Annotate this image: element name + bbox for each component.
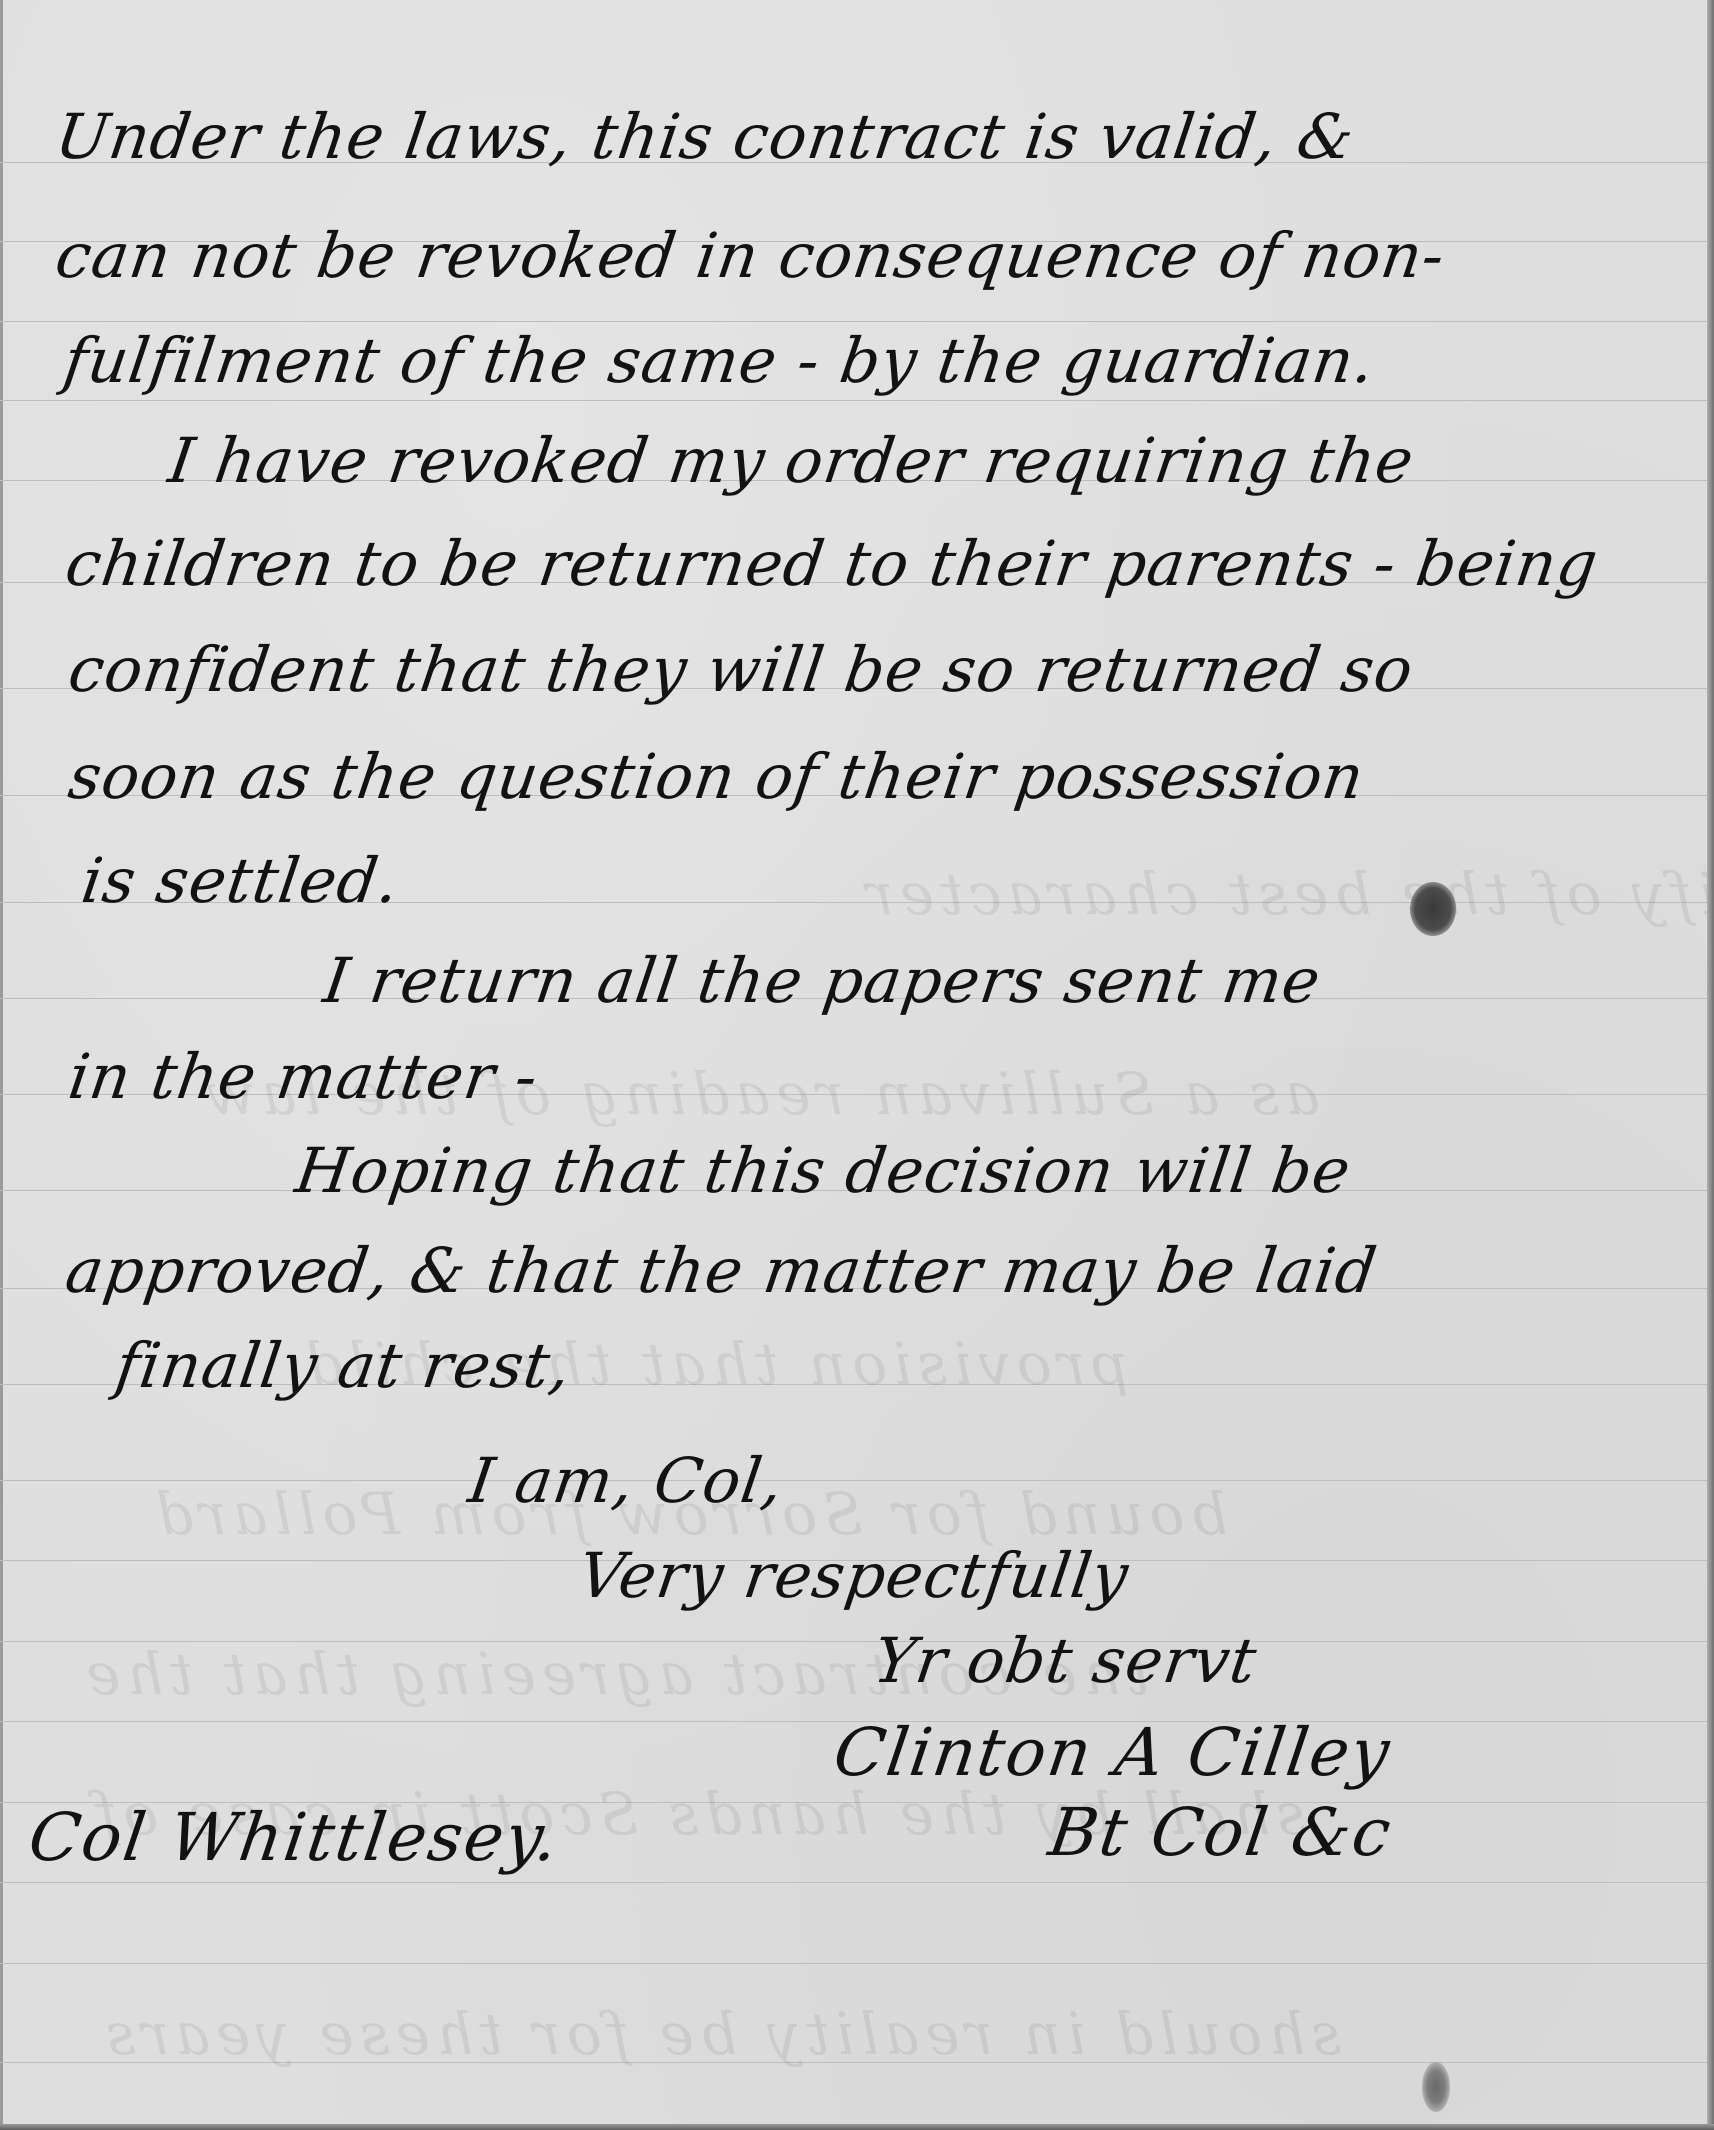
ruled-line (0, 321, 1707, 322)
letter-line: approved, & that the matter may be laid (62, 1240, 1381, 1302)
letter-page: qualify of the best character as a Sulli… (0, 0, 1714, 2130)
letter-line: is settled. (78, 850, 403, 912)
bleed-through-text: qualify of the best character (860, 860, 1714, 928)
signature-rank: Bt Col &c (1045, 1800, 1396, 1866)
signature: Clinton A Cilley (830, 1720, 1395, 1786)
letter-line: soon as the question of their possession (65, 746, 1368, 808)
ink-blot (1422, 2062, 1450, 2112)
page-bottom-edge (0, 2124, 1714, 2130)
closing-valediction: Very respectfully (575, 1545, 1133, 1607)
letter-line: I return all the papers sent me (320, 950, 1325, 1012)
page-right-edge (1707, 0, 1714, 2130)
ruled-line (0, 1882, 1707, 1883)
letter-line: in the matter - (65, 1046, 542, 1108)
letter-line: fulfilment of the same - by the guardian… (60, 330, 1379, 392)
letter-line: I have revoked my order requiring the (165, 430, 1418, 492)
closing-servant: Yr obt servt (870, 1630, 1261, 1692)
ruled-line (0, 1963, 1707, 1964)
letter-line: children to be returned to their parents… (62, 533, 1602, 595)
addressee: Col Whittlesey. (25, 1805, 564, 1871)
bleed-through-text: should in reality be for these years (100, 2000, 1341, 2068)
ruled-line (0, 400, 1707, 401)
letter-line: confident that they will be so returned … (65, 639, 1417, 701)
letter-line: can not be revoked in consequence of non… (52, 225, 1449, 287)
closing-salutation: I am, Col, (465, 1450, 787, 1512)
letter-line: finally at rest, (112, 1335, 575, 1397)
ink-blot (1410, 882, 1456, 936)
letter-line: Hoping that this decision will be (292, 1140, 1355, 1202)
page-left-edge (0, 0, 3, 2130)
letter-line: Under the laws, this contract is valid, … (52, 106, 1358, 168)
